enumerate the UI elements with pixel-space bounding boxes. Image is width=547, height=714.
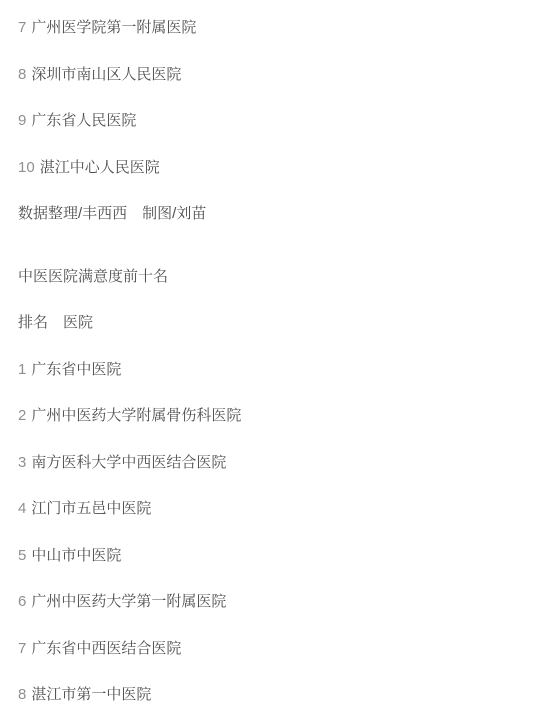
- credits-line: 数据整理/丰西西 制图/刘苗: [18, 206, 529, 222]
- rank-number: 7: [18, 640, 26, 657]
- hospital-name: 广东省人民医院: [31, 112, 136, 129]
- rank-number: 10: [18, 159, 35, 176]
- credits-text: 数据整理/丰西西 制图/刘苗: [18, 205, 206, 222]
- rank-number: 8: [18, 66, 26, 83]
- hospital-name: 湛江市第一中医院: [31, 686, 151, 703]
- hospital-name: 深圳市南山区人民医院: [31, 66, 181, 83]
- rank-number: 1: [18, 361, 26, 378]
- section-title-tcm-top10: 中医医院满意度前十名: [18, 269, 529, 285]
- rank-number: 6: [18, 593, 26, 610]
- hospital-rank-row: 4江门市五邑中医院: [18, 501, 529, 517]
- hospital-rank-row: 8湛江市第一中医院: [18, 687, 529, 703]
- hospital-name: 中山市中医院: [31, 547, 121, 564]
- rank-number: 4: [18, 500, 26, 517]
- rank-number: 8: [18, 686, 26, 703]
- hospital-rank-row: 8深圳市南山区人民医院: [18, 67, 529, 83]
- hospital-rank-row: 1广东省中医院: [18, 362, 529, 378]
- hospital-name: 广东省中医院: [31, 361, 121, 378]
- list-column-header: 排名 医院: [18, 315, 529, 331]
- hospital-rank-row: 9广东省人民医院: [18, 113, 529, 129]
- rank-number: 3: [18, 454, 26, 471]
- rank-number: 2: [18, 407, 26, 424]
- hospital-rank-row: 7广东省中西医结合医院: [18, 641, 529, 657]
- hospital-rank-row: 2广州中医药大学附属骨伤科医院: [18, 408, 529, 424]
- hospital-name: 南方医科大学中西医结合医院: [31, 454, 226, 471]
- hospital-rank-row: 3南方医科大学中西医结合医院: [18, 455, 529, 471]
- hospital-rank-row: 6广州中医药大学第一附属医院: [18, 594, 529, 610]
- hospital-name: 广州医学院第一附属医院: [31, 19, 196, 36]
- hospital-name: 江门市五邑中医院: [31, 500, 151, 517]
- hospital-name: 广州中医药大学第一附属医院: [31, 593, 226, 610]
- hospital-name: 湛江中心人民医院: [40, 159, 160, 176]
- rank-number: 7: [18, 19, 26, 36]
- section-title-text: 中医医院满意度前十名: [18, 268, 168, 285]
- hospital-rank-row: 7广州医学院第一附属医院: [18, 20, 529, 36]
- hospital-rank-row: 10湛江中心人民医院: [18, 160, 529, 176]
- hospital-name: 广州中医药大学附属骨伤科医院: [31, 407, 241, 424]
- column-header-text: 排名 医院: [18, 314, 93, 331]
- article-body: 7广州医学院第一附属医院 8深圳市南山区人民医院 9广东省人民医院 10湛江中心…: [0, 0, 547, 703]
- rank-number: 5: [18, 547, 26, 564]
- rank-number: 9: [18, 112, 26, 129]
- hospital-name: 广东省中西医结合医院: [31, 640, 181, 657]
- hospital-rank-row: 5中山市中医院: [18, 548, 529, 564]
